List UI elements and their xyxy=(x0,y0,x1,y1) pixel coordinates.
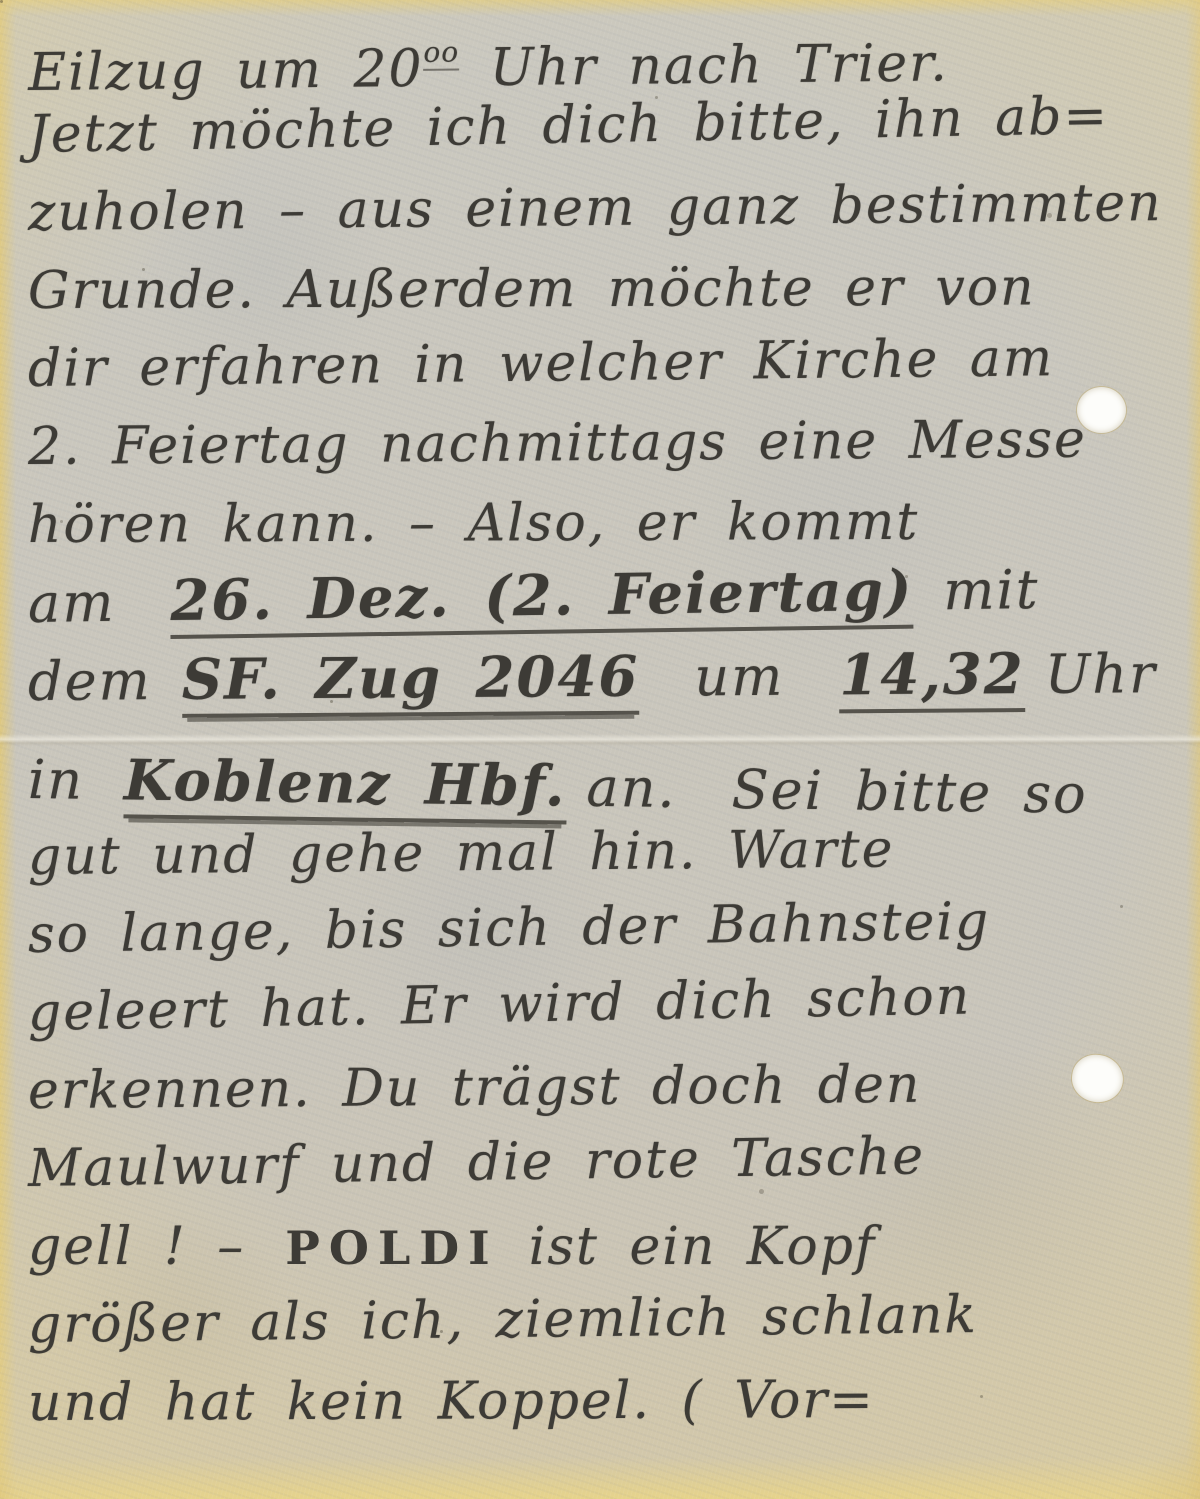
line-text: an. xyxy=(586,756,677,820)
line-text: dir erfahren in welcher Kirche am xyxy=(28,328,1055,399)
line-text: größer als ich, ziemlich schlank xyxy=(28,1285,979,1355)
line-text: so lange, bis sich der Bahnsteig xyxy=(28,892,991,965)
handwriting-line: gell ! –POLDIist ein Kopf xyxy=(28,1208,1190,1286)
line-text: Grunde. Außerdem möchte er von xyxy=(28,257,1036,321)
line-text: hören kann. – Also, er kommt xyxy=(28,492,919,555)
handwriting-line: am26. Dez. (2. Feiertag)mit xyxy=(27,548,1190,642)
underlined-time: 14,32 xyxy=(839,641,1025,713)
line-text: zuholen – aus einem ganz bestimmten xyxy=(28,173,1163,243)
handwriting-line: zuholen – aus einem ganz bestimmten xyxy=(28,164,1191,252)
line-text: ist ein Kopf xyxy=(529,1217,876,1277)
superscript-time: oo xyxy=(423,35,459,70)
handwriting-line: Grunde. Außerdem möchte er von xyxy=(28,248,1190,330)
letter-body: Eilzug um 20oo Uhr nach Trier. Jetzt möc… xyxy=(28,18,1190,1442)
handwriting-line: und hat kein Koppel. ( Vor= xyxy=(28,1360,1190,1442)
underlined-date: 26. Dez. (2. Feiertag) xyxy=(170,558,914,639)
line-text: geleert hat. Er wird dich schon xyxy=(27,967,971,1043)
line-text: Jetzt möchte ich dich bitte, ihn ab= xyxy=(27,86,1109,165)
line-text: gut und gehe mal hin. Warte xyxy=(28,819,895,887)
line-text: Uhr xyxy=(1045,642,1158,706)
letter-page: Eilzug um 20oo Uhr nach Trier. Jetzt möc… xyxy=(0,0,1200,1499)
line-text: dem xyxy=(28,649,152,713)
handwriting-line: Maulwurf und die rote Tasche xyxy=(27,1114,1190,1208)
handwriting-line: demSF. Zug 2046um14,32Uhr xyxy=(28,634,1191,720)
line-text: am xyxy=(28,571,116,635)
line-text: mit xyxy=(943,558,1040,622)
line-text: in xyxy=(28,748,85,812)
handwriting-line: größer als ich, ziemlich schlank xyxy=(28,1274,1191,1364)
line-text: erkennen. Du trägst doch den xyxy=(28,1055,922,1121)
handwriting-line: 2. Feiertag nachmittags eine Messe xyxy=(28,400,1191,486)
line-text: und hat kein Koppel. ( Vor= xyxy=(28,1370,875,1433)
name-block-capitals: POLDI xyxy=(285,1221,498,1275)
paper-specks xyxy=(0,0,3,3)
line-text: gell ! – xyxy=(28,1217,245,1277)
handwriting-line: dir erfahren in welcher Kirche am xyxy=(28,318,1191,408)
line-text: 2. Feiertag nachmittags eine Messe xyxy=(28,410,1087,477)
line-text: um xyxy=(694,645,784,709)
underlined-train-number: SF. Zug 2046 xyxy=(182,644,640,718)
line-text: Maulwurf und die rote Tasche xyxy=(28,1126,926,1199)
